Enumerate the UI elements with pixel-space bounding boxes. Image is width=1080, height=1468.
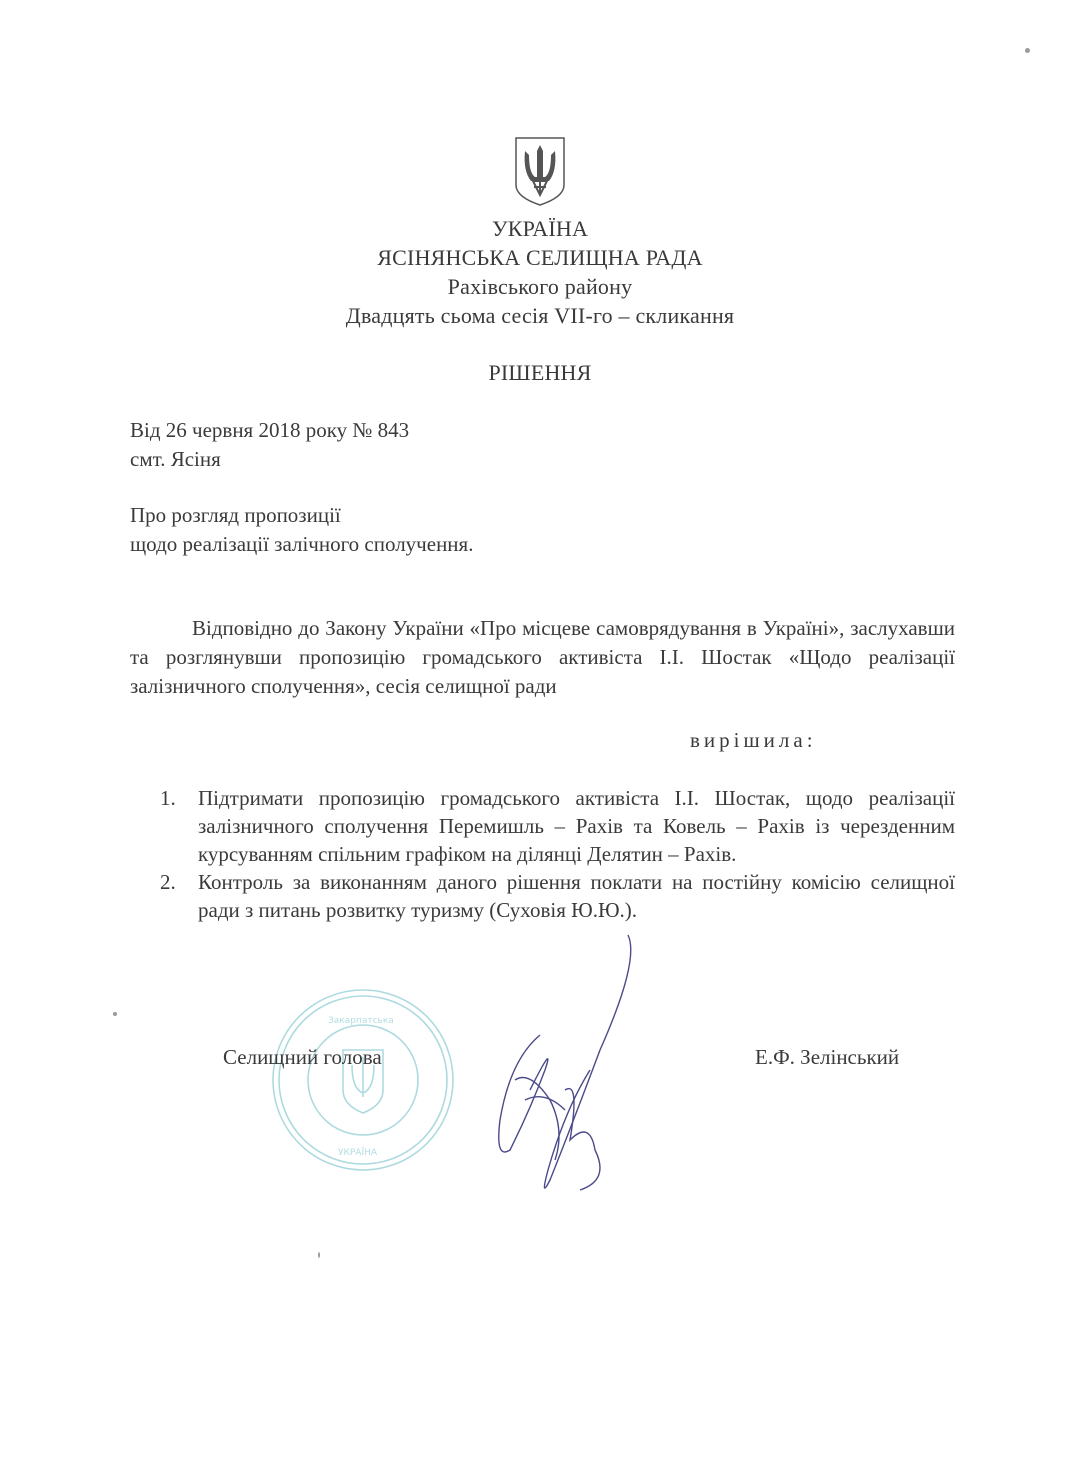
decision-list: 1. Підтримати пропозицію громадського ак… [160, 784, 955, 924]
scan-speck [318, 1252, 320, 1258]
subject-line-1: Про розгляд пропозиції [130, 501, 341, 530]
signatory-name: Е.Ф. Зелінський [755, 1043, 899, 1072]
document-type: РІШЕННЯ [0, 358, 1080, 387]
scan-speck [1025, 48, 1030, 53]
svg-text:Закарпатська: Закарпатська [328, 1016, 394, 1026]
subject-line-2: щодо реалізації залічного сполучення. [130, 530, 473, 559]
place: смт. Ясіня [130, 445, 221, 474]
signatory-title: Селищний голова [223, 1043, 382, 1072]
list-item: 1. Підтримати пропозицію громадського ак… [160, 784, 955, 868]
preamble-text: Відповідно до Закону України «Про місцев… [130, 616, 955, 698]
handwritten-signature-icon [470, 930, 650, 1220]
trident-coat-of-arms-icon [513, 135, 567, 207]
country-name: УКРАЇНА [0, 214, 1080, 243]
council-name: ЯСІНЯНСЬКА СЕЛИЩНА РАДА [0, 243, 1080, 272]
district-name: Рахівського району [0, 272, 1080, 301]
decided-label: вирішила: [690, 728, 817, 753]
scan-speck [113, 1012, 117, 1016]
list-item: 2. Контроль за виконанням даного рішення… [160, 868, 955, 924]
official-seal-icon: Закарпатська УКРАЇНА [268, 985, 458, 1175]
session-line: Двадцять сьома сесія VII-го – скликання [0, 301, 1080, 330]
svg-text:УКРАЇНА: УКРАЇНА [338, 1147, 378, 1158]
preamble-paragraph: Відповідно до Закону України «Про місцев… [130, 614, 955, 701]
date-number: Від 26 червня 2018 року № 843 [130, 416, 409, 445]
